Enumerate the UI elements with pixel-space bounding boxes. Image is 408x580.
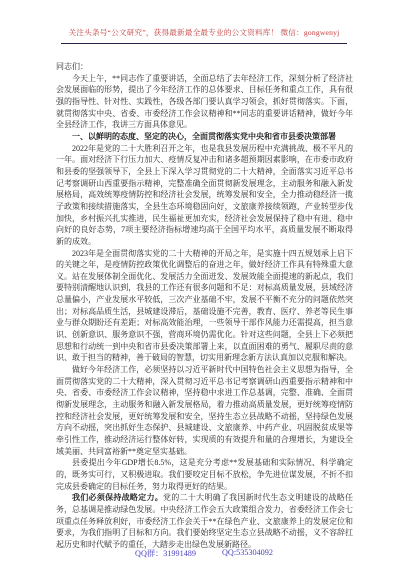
salutation: 同志们： (56, 61, 353, 73)
document-body: 同志们： 今天上午，**同志作了重要讲话，全面总结了去年经济工作，深刻分析了经济… (56, 61, 353, 551)
document-paragraph: 2022年是党的二十大胜利召开之年，也是我县发展历程中充满挑战、极不平凡的一年。… (56, 143, 353, 248)
footer-banner: QQ群：31991489 QQ:535304092 (0, 548, 408, 559)
section-heading: 一、以鲜明的态度、坚定的决心，全面贯彻落实党中央和省市县委决策部署 (56, 131, 353, 143)
document-paragraph: 2023年是全面贯彻落实党的二十大精神的开局之年，是实施十四五规划承上启下的关键… (56, 248, 353, 365)
document-paragraph: 今天上午，**同志作了重要讲话，全面总结了去年经济工作，深刻分析了经济社会发展面… (56, 73, 353, 131)
qq-text: QQ:535304092 (222, 548, 273, 559)
qq-group-text: QQ群：31991489 (135, 548, 196, 559)
document-paragraph: 我们必须保持战略定力。党的二十大明确了我国新时代生态文明建设的战略任务，总基调是… (56, 492, 353, 550)
header-banner: 关注头条号“公文研究”，获得最新最全最专业的公文资料库！ 微信：gongweny… (61, 22, 347, 44)
document-paragraph: 做好今年经济工作，必须坚持以习近平新时代中国特色社会主义思想为指导，全面贯彻落实… (56, 364, 353, 457)
header-notice-text: 关注头条号“公文研究”，获得最新最全最专业的公文资料库！ 微信：gongweny… (69, 28, 340, 37)
paragraph-container: 今天上午，**同志作了重要讲话，全面总结了去年经济工作，深刻分析了经济社会发展面… (56, 73, 353, 551)
document-page: 关注头条号“公文研究”，获得最新最全最专业的公文资料库！ 微信：gongweny… (0, 0, 408, 580)
paragraph-lead: 我们必须保持战略定力。 (72, 493, 163, 502)
document-paragraph: 县委提出今年GDP增长8.5%，这是充分考虑**发展基础和实际情况、科学确定的，… (56, 457, 353, 492)
